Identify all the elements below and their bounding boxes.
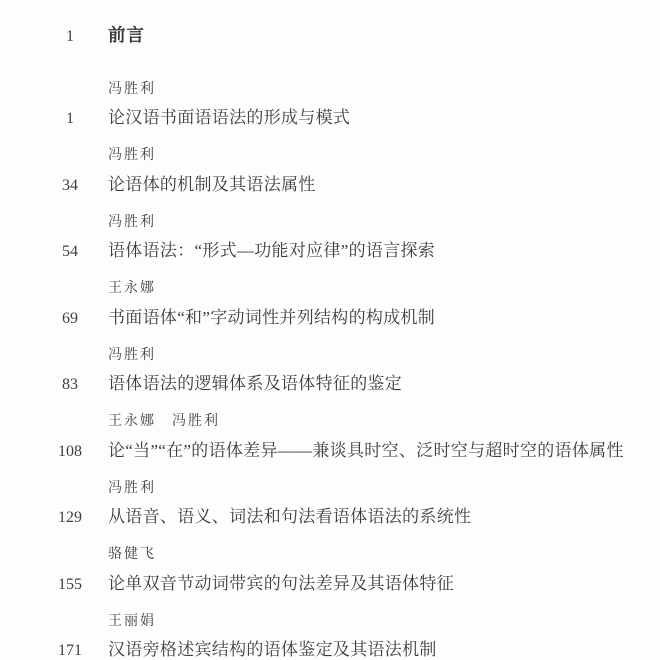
entry-title: 论语体的机制及其语法属性 [108,173,316,197]
preface-page-number: 1 [56,25,84,49]
toc-entry: 冯胜利 34 论语体的机制及其语法属性 [0,145,660,198]
entry-title-row: 83 语体语法的逻辑体系及语体特征的鉴定 [0,372,660,397]
entry-title-row: 1 论汉语书面语语法的形成与模式 [0,106,660,131]
entry-title-row: 108 论“当”“在”的语体差异——兼谈具时空、泛时空与超时空的语体属性 [0,439,660,464]
entry-page-number: 171 [56,639,84,660]
entry-title: 语体语法：“形式—功能对应律”的语言探索 [108,239,435,263]
entry-title-row: 171 汉语旁格述宾结构的语体鉴定及其语法机制 [0,638,660,660]
entry-title: 语体语法的逻辑体系及语体特征的鉴定 [108,372,402,396]
entry-page-number: 54 [56,240,84,264]
entry-title-row: 69 书面语体“和”字动词性并列结构的构成机制 [0,306,660,331]
toc-entry: 王永娜 冯胜利 108 论“当”“在”的语体差异——兼谈具时空、泛时空与超时空的… [0,411,660,464]
entry-title: 论单双音节动词带宾的句法差异及其语体特征 [108,572,454,596]
entry-authors: 冯胜利 [0,212,660,232]
entry-title: 论汉语书面语语法的形成与模式 [108,106,350,130]
toc-entry: 王永娜 69 书面语体“和”字动词性并列结构的构成机制 [0,278,660,331]
entry-title-row: 129 从语音、语义、词法和句法看语体语法的系统性 [0,505,660,530]
entry-page-number: 1 [56,107,84,131]
toc-page: 1 前言 冯胜利 1 论汉语书面语语法的形成与模式 冯胜利 34 论语体的机制及… [0,0,660,660]
entry-title: 从语音、语义、词法和句法看语体语法的系统性 [108,505,471,529]
toc-entry: 骆健飞 155 论单双音节动词带宾的句法差异及其语体特征 [0,544,660,597]
entry-authors: 冯胜利 [0,145,660,165]
entry-title-row: 54 语体语法：“形式—功能对应律”的语言探索 [0,239,660,264]
entry-authors: 骆健飞 [0,544,660,564]
entry-page-number: 129 [56,506,84,530]
entry-title-row: 155 论单双音节动词带宾的句法差异及其语体特征 [0,572,660,597]
entry-title: 论“当”“在”的语体差异——兼谈具时空、泛时空与超时空的语体属性 [108,439,624,463]
toc-entry: 冯胜利 83 语体语法的逻辑体系及语体特征的鉴定 [0,345,660,398]
entry-page-number: 34 [56,174,84,198]
entry-title-row: 34 论语体的机制及其语法属性 [0,173,660,198]
entry-authors: 冯胜利 [0,478,660,498]
entry-page-number: 69 [56,307,84,331]
entry-page-number: 155 [56,573,84,597]
entry-authors: 王丽娟 [0,611,660,631]
entry-page-number: 83 [56,373,84,397]
entry-title: 书面语体“和”字动词性并列结构的构成机制 [108,306,435,330]
entry-authors: 王永娜 [0,278,660,298]
preface-title: 前言 [108,23,145,47]
toc-entry: 王丽娟 171 汉语旁格述宾结构的语体鉴定及其语法机制 [0,611,660,660]
toc-entry: 冯胜利 1 论汉语书面语语法的形成与模式 [0,79,660,132]
preface-row: 1 前言 [0,23,660,49]
entry-authors: 冯胜利 [0,345,660,365]
entry-authors: 冯胜利 [0,79,660,99]
entry-authors: 王永娜 冯胜利 [0,411,660,431]
toc-entry: 冯胜利 54 语体语法：“形式—功能对应律”的语言探索 [0,212,660,265]
toc-entry: 冯胜利 129 从语音、语义、词法和句法看语体语法的系统性 [0,478,660,531]
entry-title: 汉语旁格述宾结构的语体鉴定及其语法机制 [108,638,437,660]
entry-page-number: 108 [56,440,84,464]
